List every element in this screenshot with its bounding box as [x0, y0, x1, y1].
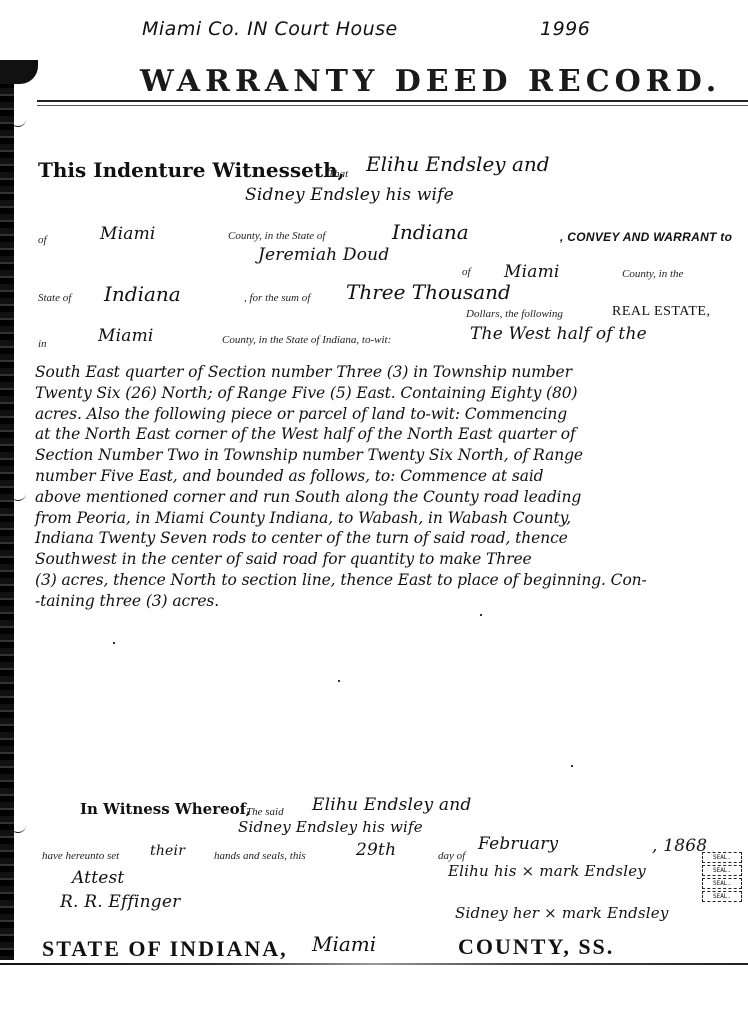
- seal-stamp: SEAL.: [702, 878, 742, 889]
- the-said-label: The said: [246, 806, 284, 818]
- legal-description: South East quarter of Section number Thr…: [35, 362, 725, 612]
- page-bottom-edge: [0, 963, 748, 965]
- description-line: Twenty Six (26) North; of Range Five (5)…: [35, 383, 725, 404]
- witness-parties-line1: Elihu Endsley and: [312, 795, 471, 815]
- seal-column: SEAL. SEAL. SEAL. SEAL.: [702, 852, 742, 904]
- hands-seals-label: hands and seals, this: [214, 850, 306, 862]
- scan-speck: [113, 642, 115, 644]
- state-of-label: State of: [38, 292, 71, 304]
- county-in-the-label: County, in the: [622, 268, 683, 280]
- scan-speck: [338, 680, 340, 682]
- title-rule-thin: [37, 105, 748, 106]
- page-curl-mark: [10, 116, 26, 127]
- county-ss-label: COUNTY, SS.: [458, 934, 614, 960]
- in-label: in: [38, 338, 47, 350]
- property-county: Miami: [98, 326, 154, 346]
- day-of-label: day of: [438, 850, 465, 862]
- real-estate-label: REAL ESTATE,: [612, 304, 710, 320]
- of-label: of: [38, 234, 47, 246]
- witness-year: , 1868: [652, 836, 707, 856]
- scan-speck: [480, 614, 482, 616]
- title-rule: [37, 100, 748, 102]
- description-line: at the North East corner of the West hal…: [35, 424, 725, 445]
- that-label: That: [328, 168, 348, 180]
- signature-elihu: Elihu his × mark Endsley: [448, 862, 646, 880]
- witness-parties-line2: Sidney Endsley his wife: [238, 818, 423, 836]
- description-line: acres. Also the following piece or parce…: [35, 404, 725, 425]
- document-title: WARRANTY DEED RECORD.: [140, 64, 721, 99]
- signature-sidney: Sidney her × mark Endsley: [455, 904, 669, 922]
- county-state-label: County, in the State of: [228, 230, 325, 242]
- scan-speck: [571, 765, 573, 767]
- grantor-state: Indiana: [392, 220, 469, 244]
- state-of-indiana-heading: STATE OF INDIANA,: [42, 936, 288, 962]
- description-line: number Five East, and bounded as follows…: [35, 466, 725, 487]
- their-word: their: [150, 843, 185, 859]
- grantor-county: Miami: [100, 224, 156, 244]
- description-line: Indiana Twenty Seven rods to center of t…: [35, 528, 725, 549]
- attest-label: Attest: [72, 868, 124, 888]
- seal-stamp: SEAL.: [702, 891, 742, 902]
- witness-month: February: [478, 834, 558, 854]
- grantee-county: Miami: [504, 262, 560, 282]
- convey-warrant-label: , CONVEY AND WARRANT to: [560, 230, 732, 244]
- witness-day: 29th: [356, 840, 396, 860]
- sum-label: , for the sum of: [244, 292, 310, 304]
- description-line: Southwest in the center of said road for…: [35, 549, 725, 570]
- acknowledgment-county: Miami: [312, 932, 376, 956]
- description-line: from Peoria, in Miami County Indiana, to…: [35, 508, 725, 529]
- seal-stamp: SEAL.: [702, 865, 742, 876]
- page-curl-mark: [10, 822, 26, 833]
- page-curl-mark: [10, 490, 26, 501]
- attest-signature: R. R. Effinger: [60, 892, 180, 912]
- archive-note: Miami Co. IN Court House: [142, 18, 398, 40]
- grantors-line2: Sidney Endsley his wife: [245, 185, 454, 205]
- county-state-indiana-label: County, in the State of Indiana, to-wit:: [222, 334, 391, 346]
- hereunto-label: have hereunto set: [42, 850, 119, 862]
- description-line: -taining three (3) acres.: [35, 591, 725, 612]
- description-line: above mentioned corner and run South alo…: [35, 487, 725, 508]
- grantee-name: Jeremiah Doud: [258, 245, 389, 265]
- dollars-label: Dollars, the following: [466, 308, 563, 320]
- grantee-of-label: of: [462, 266, 471, 278]
- description-line: (3) acres, thence North to section line,…: [35, 570, 725, 591]
- witness-heading: In Witness Whereof,: [80, 800, 251, 818]
- indenture-heading: This Indenture Witnesseth,: [38, 158, 345, 182]
- grantors-line1: Elihu Endsley and: [366, 152, 550, 176]
- archive-year: 1996: [540, 18, 590, 40]
- grantee-state: Indiana: [104, 282, 181, 306]
- description-line: Section Number Two in Township number Tw…: [35, 445, 725, 466]
- description-line: South East quarter of Section number Thr…: [35, 362, 725, 383]
- description-first-line: The West half of the: [470, 324, 647, 344]
- seal-stamp: SEAL.: [702, 852, 742, 863]
- sum-amount: Three Thousand: [346, 280, 511, 304]
